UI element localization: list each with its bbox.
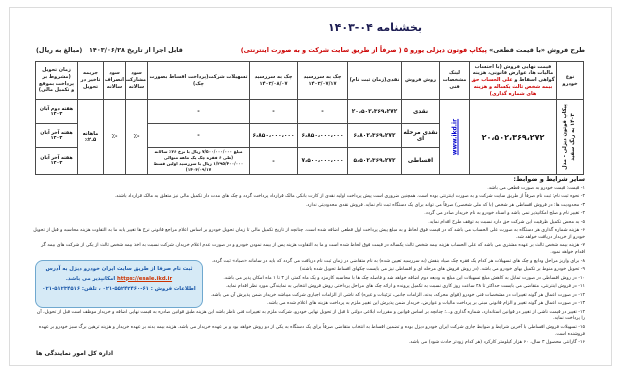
col-participation-profit: سود مشارکت سالانه bbox=[126, 62, 148, 100]
facility-value: - bbox=[148, 100, 250, 124]
plan-title-text: طرح فروش «با قیمت قطعی» bbox=[487, 46, 585, 54]
delivery-time-value: هفته آخر آبان ۱۴۰۳ bbox=[36, 124, 78, 148]
footer-department: اداره کل امور نمایندگی ها bbox=[36, 350, 113, 357]
check2-value: - bbox=[250, 100, 298, 124]
final-price-value: ۲۰،۵۰۲،۳۶۹،۲۷۲ bbox=[470, 100, 557, 175]
cash-value: ۵،۵۰۲،۳۶۹،۲۷۲ bbox=[348, 148, 402, 175]
delivery-time-value: هفته آخر آبان ۱۴۰۳ bbox=[36, 148, 78, 175]
effective-date-value: ۱۴۰۳/۰۶/۲۸ bbox=[89, 46, 125, 54]
plan-title-highlight: پیکاپ فوتون دیزلی یورو ۵ ( صرفاً از طریق… bbox=[241, 46, 487, 54]
vehicle-type-cell: پیکاپ فوتون دیزلی - مدل ۱۴۰۳ به رنگ سفید bbox=[557, 100, 584, 175]
sales-phone-numbers: اطلاعات فروش : ۶۱-۵۵۲۴۲۴۶۰-۰۲۱ ، تلفن: ۵… bbox=[42, 285, 196, 295]
note-item: ۳- محدودیت ها: در فروش اقساطی هر شخص (با… bbox=[33, 203, 585, 210]
col-sales-method: روش فروش bbox=[402, 62, 440, 100]
note-item: ۱۴- تغییر در قیمت ناشی از تغییر در قوانی… bbox=[33, 310, 585, 324]
delay-penalty-value: ماهانه ۲.۵٪ bbox=[78, 100, 104, 175]
col-cash-at-signup: نقدی(زمان ثبت نام) bbox=[348, 62, 402, 100]
cash-value: ۲۰،۵۰۲،۳۶۹،۲۷۲ bbox=[348, 100, 402, 124]
col-delay-penalty: جریمه تاخیر در تحویل bbox=[78, 62, 104, 100]
sales-method-staged: نقدی مرحله ای bbox=[402, 124, 440, 148]
col-delivery-time: زمان تحویل (مشروط بر پرداخت بموقع و تکمی… bbox=[36, 62, 78, 100]
check1-value: ۶،۸۵۰،۰۰۰،۰۰۰ bbox=[298, 124, 348, 148]
participation-profit-value: -٪ bbox=[126, 100, 148, 175]
check1-value: ۷،۵۰۰،۰۰۰،۰۰۰ bbox=[298, 148, 348, 175]
sales-method-installment: اقساطی bbox=[402, 148, 440, 175]
note-item: ۴- تغییر نام و صلح امکانپذیر نمی باشد و … bbox=[33, 211, 585, 218]
delivery-time-value: هفته دوم آبان ۱۴۰۳ bbox=[36, 100, 78, 124]
note-item: ۶- هزینه شماره گذاری هر دستگاه به صورت ع… bbox=[33, 228, 585, 242]
price-table: نوع خودرو قیمت نهایی فروش (با احتساب مال… bbox=[35, 61, 584, 175]
col-company-facility: تسهیلات شرکت(پرداخت اقساط بصورت چک) bbox=[148, 62, 250, 100]
registration-text: امکانپذیر می باشد. bbox=[66, 276, 117, 282]
note-item: ۵- به محض تکمیل ظرفیت این شرکت حق دارد ن… bbox=[33, 220, 585, 227]
col-cancellation-profit: سود انصراف سالانه bbox=[104, 62, 126, 100]
check2-value: - bbox=[250, 148, 298, 175]
facility-value: مبلغ ۷/۵۰۰/۰۰۰/۰۰۰ ریال با نرخ ۲۶٪ سالان… bbox=[148, 148, 250, 175]
col-specs-link: لینک مشخصات فنی bbox=[440, 62, 470, 100]
circular-number: بخشنامه ۰۴-۱۴۰۳ bbox=[328, 21, 422, 34]
effective-date-line: قابل اجرا از تاریخ ۱۴۰۳/۰۶/۲۸ (مبالغ به … bbox=[36, 46, 183, 54]
col-vehicle-type: نوع خودرو bbox=[557, 62, 584, 100]
col-final-price: قیمت نهایی فروش (با احتساب مالیات ها، عو… bbox=[470, 62, 557, 100]
cancellation-profit-value: -٪ bbox=[104, 100, 126, 175]
registration-box: ثبت نام صرفا از طریق سایت ایران خودرو دی… bbox=[35, 260, 203, 308]
note-item: ۱- قیمت: قیمت خودرو به صورت قطعی می باشد… bbox=[33, 186, 585, 193]
amounts-unit: (مبالغ به ریال) bbox=[36, 46, 82, 54]
table-header-row: نوع خودرو قیمت نهایی فروش (با احتساب مال… bbox=[36, 62, 584, 100]
vehicle-type-label: پیکاپ فوتون دیزلی - مدل ۱۴۰۳ به رنگ سفید bbox=[562, 104, 578, 170]
plan-title: طرح فروش «با قیمت قطعی» پیکاپ فوتون دیزل… bbox=[241, 46, 585, 54]
note-item: ۱۶- گارانتی محصول ۳ سال، ۶۰ هزار کیلومتر… bbox=[33, 340, 585, 347]
table-row: پیکاپ فوتون دیزلی - مدل ۱۴۰۳ به رنگ سفید… bbox=[36, 100, 584, 124]
check1-value: - bbox=[298, 100, 348, 124]
check2-value: ۶،۸۵۰،۰۰۰،۰۰۰ bbox=[250, 124, 298, 148]
terms-title: سایر شرایط و ضوابط: bbox=[33, 175, 585, 183]
note-item: ۱۵- تسهیلات فروش اقساطی با آخرین شرایط و… bbox=[33, 325, 585, 339]
ikd-website-link[interactable]: www.ikd.ir bbox=[451, 119, 458, 155]
document-page: بخشنامه ۰۴-۱۴۰۳ طرح فروش «با قیمت قطعی» … bbox=[0, 0, 618, 369]
note-item: ۲- نحوه ثبت نام: ثبت نام صرفاً از طریق س… bbox=[33, 194, 585, 201]
effective-date-label: قابل اجرا از تاریخ bbox=[127, 46, 183, 54]
col-check-due-2: چک به سررسید ۱۴۰۳/۰۸/۰۷ bbox=[250, 62, 298, 100]
registration-text: ثبت نام صرفا از طریق سایت ایران خودرو دی… bbox=[46, 266, 193, 272]
note-item: ۷- هزینه بیمه شخص ثالث بر عهده مشتری می … bbox=[33, 243, 585, 257]
cash-value: ۶،۸۰۲،۳۶۹،۲۷۲ bbox=[348, 124, 402, 148]
col-check-due-1: چک به سررسید ۱۴۰۳/۰۷/۱۷ bbox=[298, 62, 348, 100]
specs-link-cell: www.ikd.ir bbox=[440, 100, 470, 175]
sales-method-cash: نقدی bbox=[402, 100, 440, 124]
esale-link[interactable]: https://esale.ikd.ir bbox=[117, 276, 172, 282]
facility-value: - bbox=[148, 124, 250, 148]
